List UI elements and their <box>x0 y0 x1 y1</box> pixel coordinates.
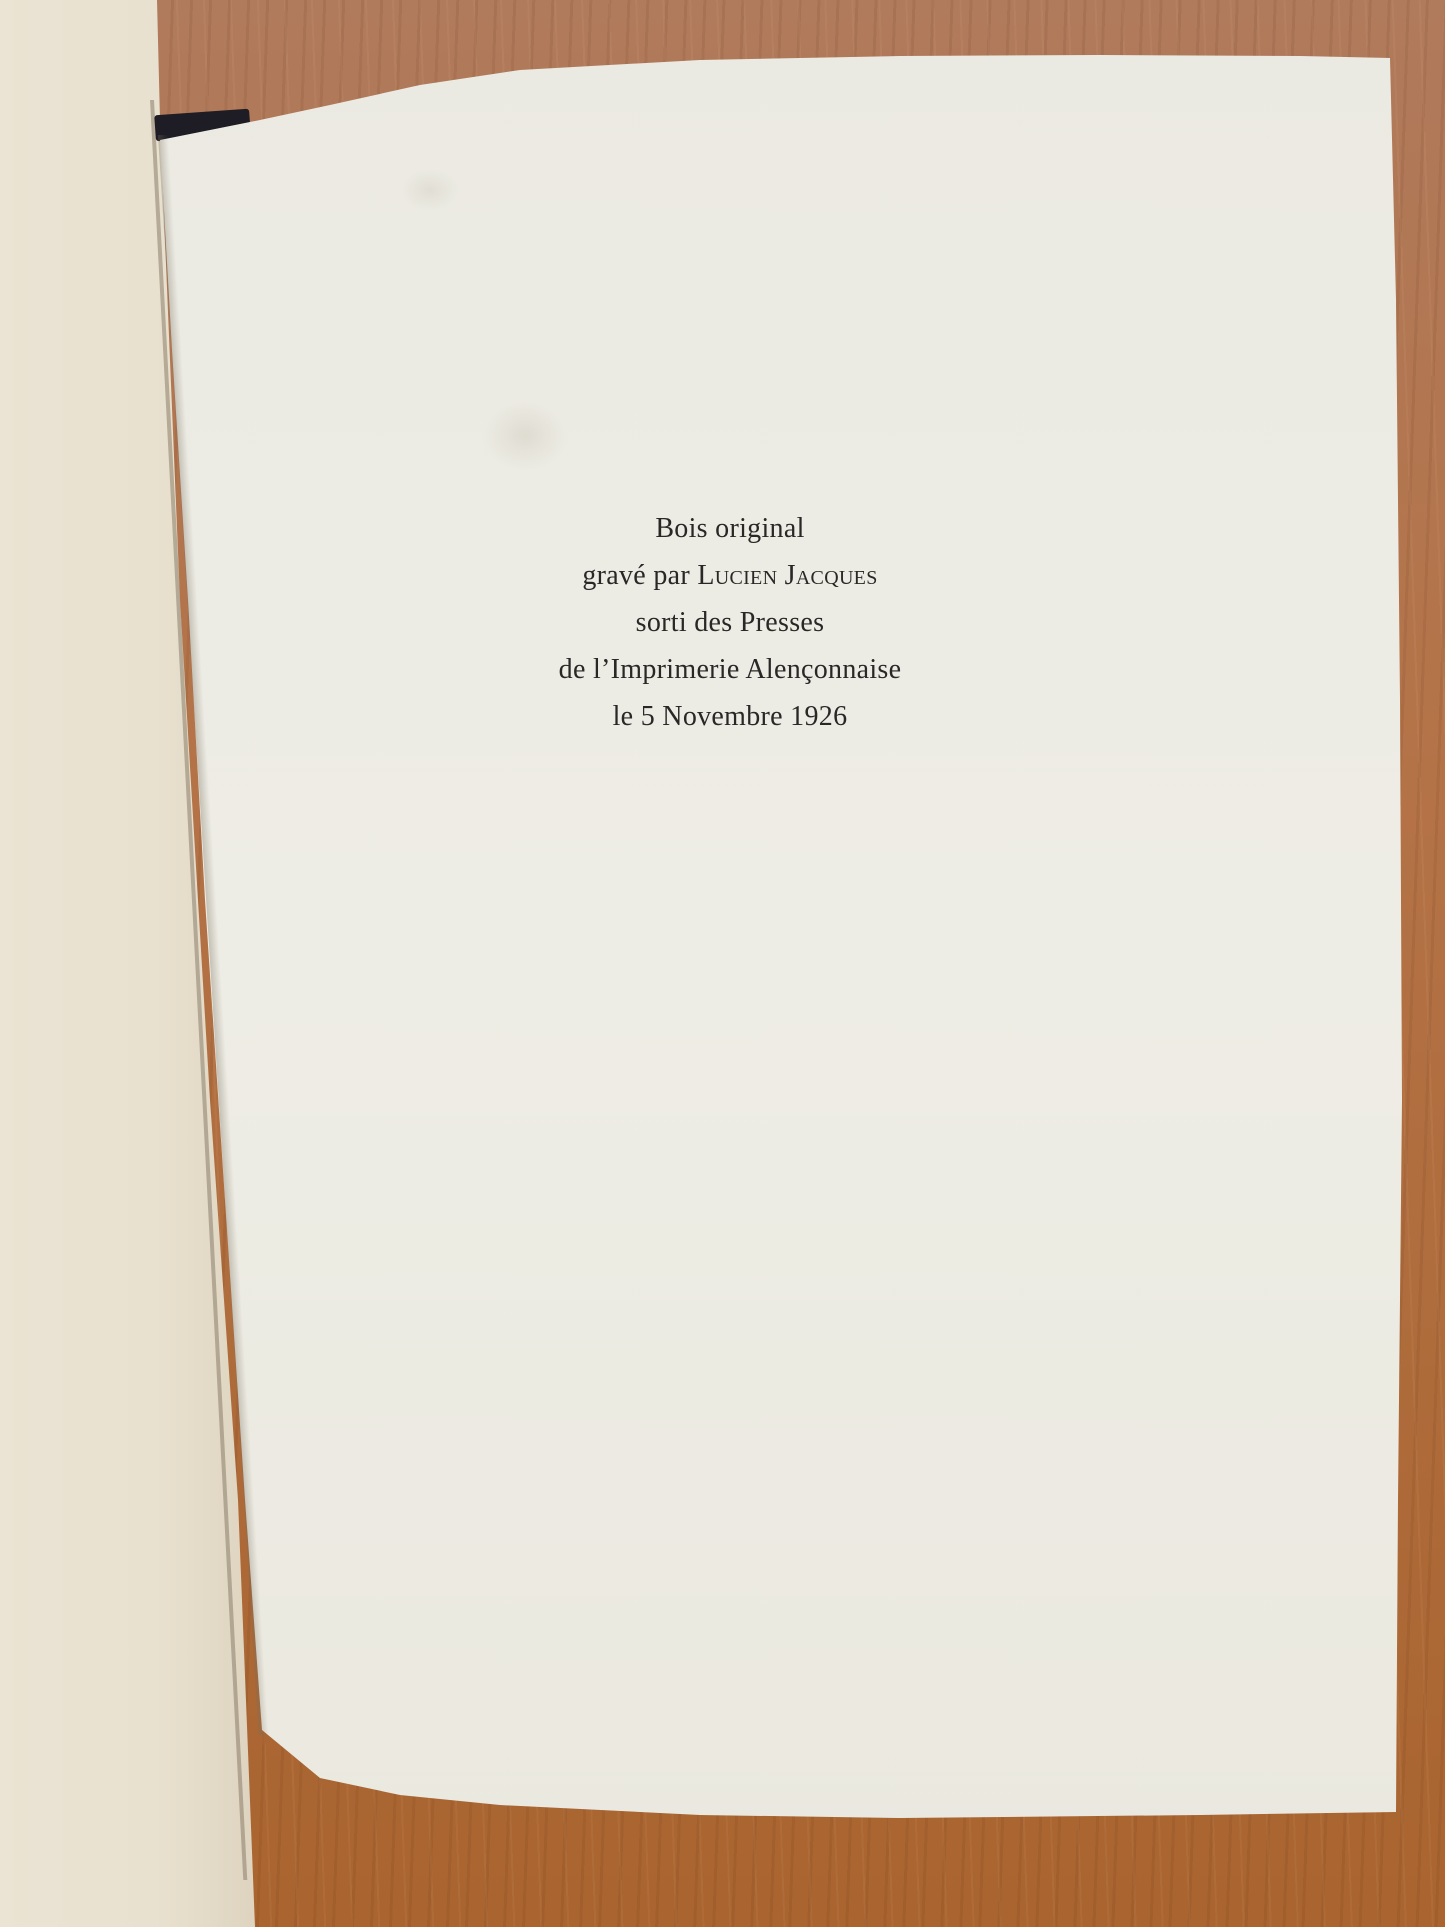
colophon-date: le 5 Novembre 1926 <box>540 693 920 740</box>
colophon-line-3: sorti des Presses <box>540 599 920 646</box>
colophon-line-4: de l’Imprimerie Alençonnaise <box>540 646 920 693</box>
colophon-line-2: gravé par Lucien Jacques <box>540 552 920 599</box>
colophon-text: Bois original gravé par Lucien Jacques s… <box>540 505 920 740</box>
colophon-line-1: Bois original <box>540 505 920 552</box>
engraver-name: Lucien Jacques <box>697 560 877 591</box>
engraved-by-label: gravé par <box>582 560 690 591</box>
